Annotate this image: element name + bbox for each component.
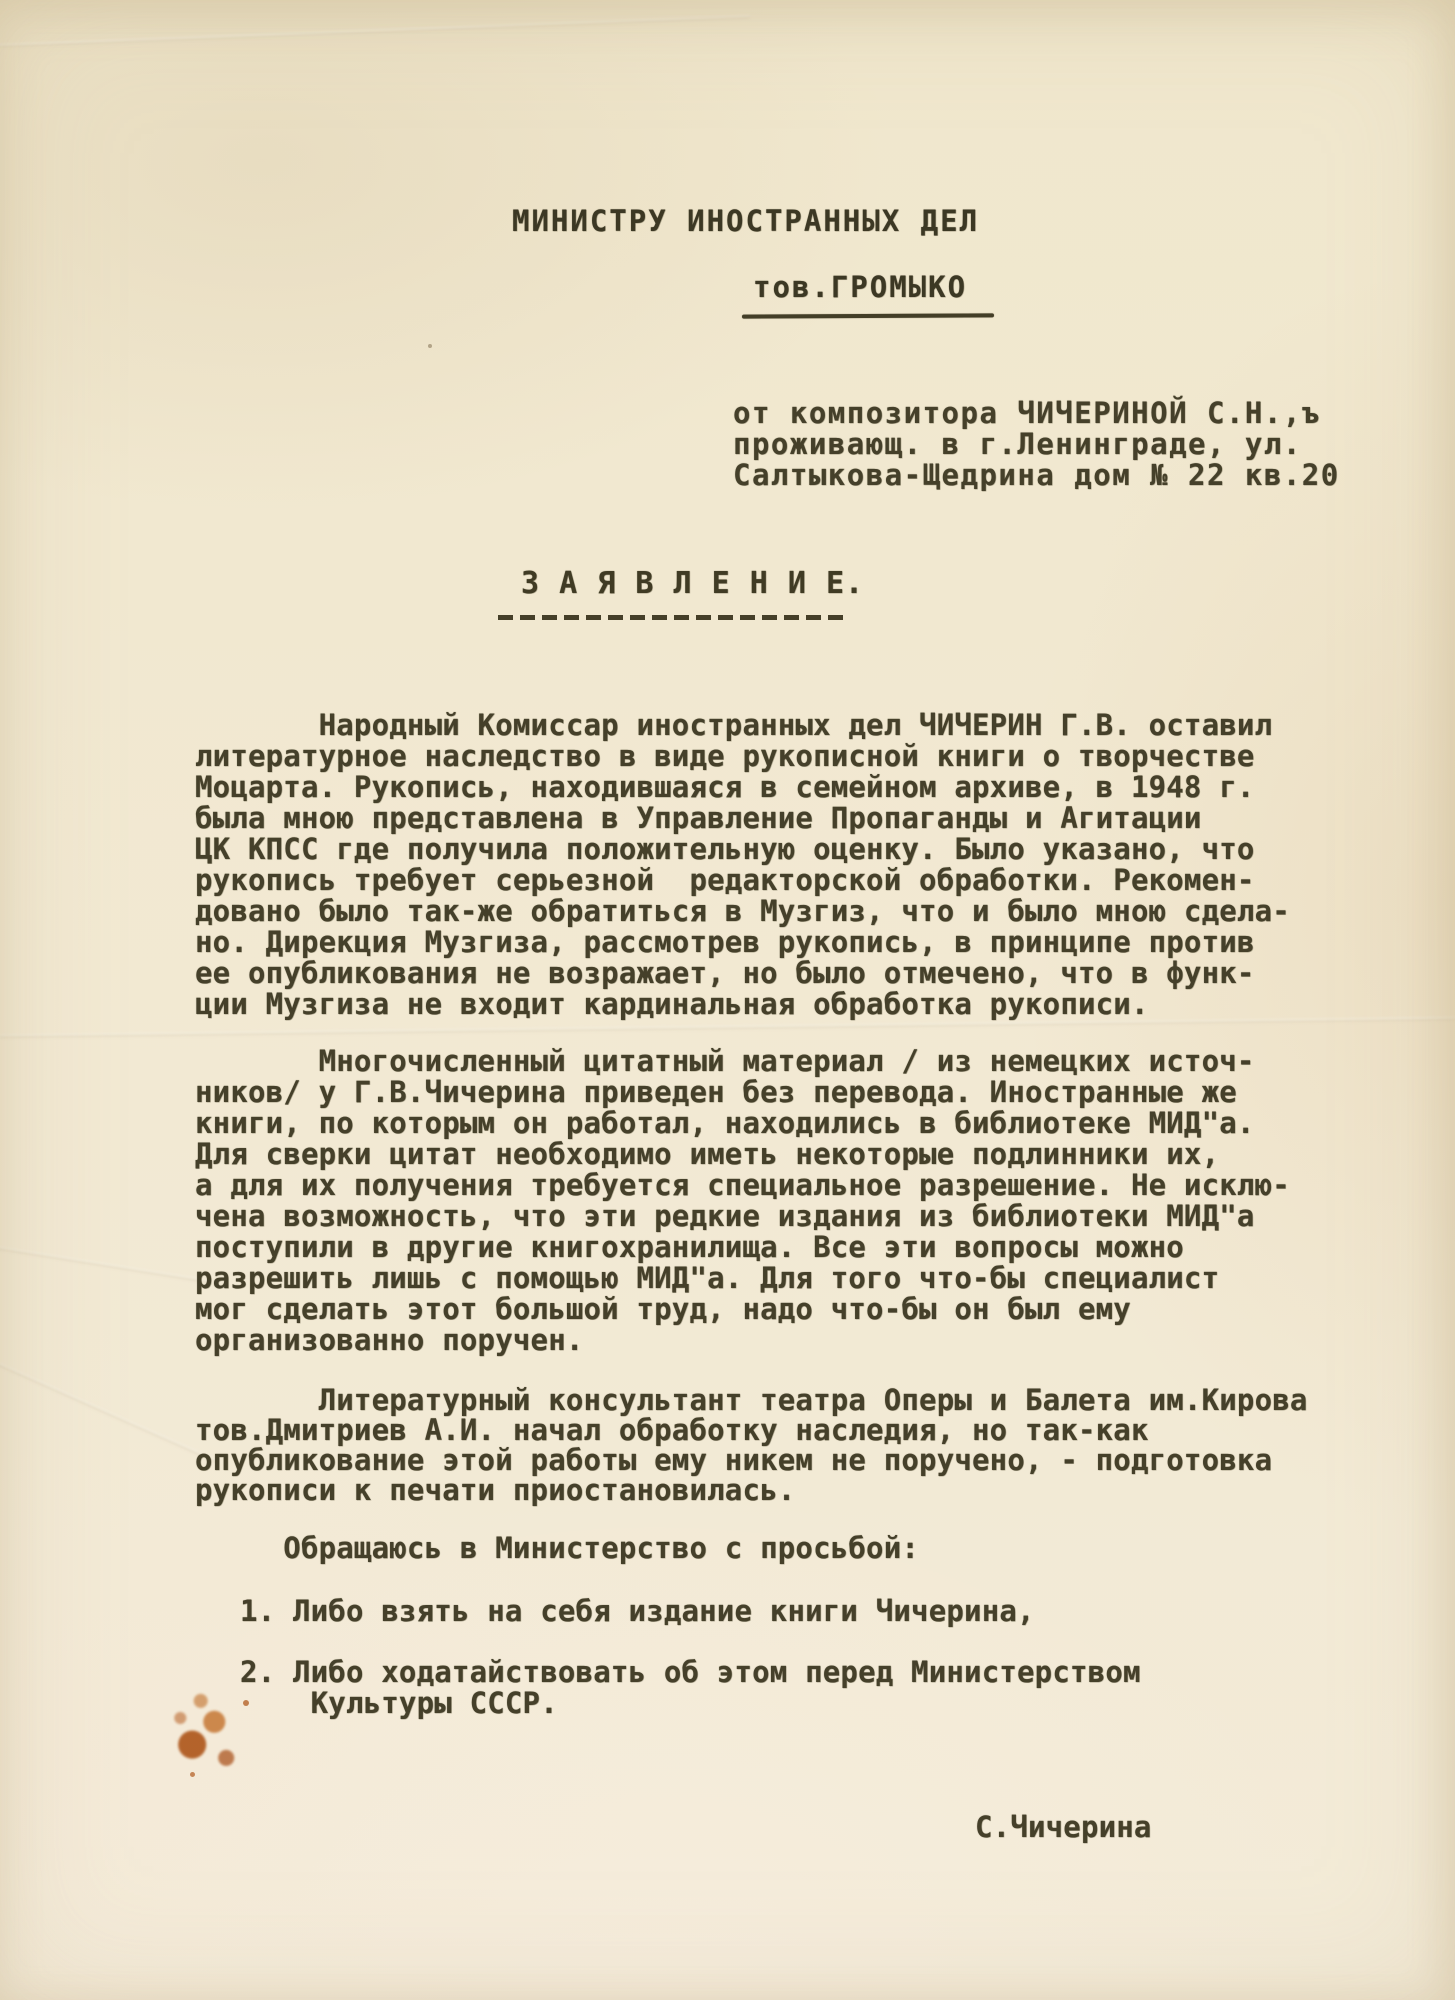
paper-background: МИНИСТРУ ИНОСТРАННЫХ ДЕЛ тов.ГРОМЫКО от … xyxy=(0,0,1455,2000)
rust-stain xyxy=(165,1680,250,1775)
crease-left-1 xyxy=(0,1244,209,1283)
text-line: литературное наследство в виде рукописно… xyxy=(195,741,1290,772)
text-line: рукопись требует серьезной редакторской … xyxy=(195,865,1290,896)
text-line: Для сверки цитат необходимо иметь некото… xyxy=(195,1139,1290,1170)
text-line: организованно поручен. xyxy=(195,1325,1290,1356)
request-intro: Обращаюсь в Министерство с просьбой: xyxy=(195,1533,919,1564)
paragraph-3: Литературный консультант театра Оперы и … xyxy=(195,1385,1308,1505)
crease-top-edge xyxy=(0,15,750,47)
recipient-underline xyxy=(742,313,994,318)
text-line: довано было так-же обратиться в Музгиз, … xyxy=(195,896,1290,927)
text-line: Народный Комиссар иностранных дел ЧИЧЕРИ… xyxy=(195,710,1290,741)
paper-speck xyxy=(428,344,432,348)
text-line: Культуры СССР. xyxy=(240,1688,1141,1719)
text-line: была мною представлена в Управление Проп… xyxy=(195,803,1290,834)
text-line: Многочисленный цитатный материал / из не… xyxy=(195,1046,1290,1077)
text-line: Салтыкова-Щедрина дом № 22 кв.20 xyxy=(733,460,1340,491)
text-line: а для их получения требуется специальное… xyxy=(195,1170,1290,1201)
text-line: от композитора ЧИЧЕРИНОЙ С.Н.,ъ xyxy=(733,398,1340,429)
text-line: рукописи к печати приостановилась. xyxy=(195,1475,1308,1505)
text-line: опубликование этой работы ему никем не п… xyxy=(195,1445,1308,1475)
text-line: поступили в другие книгохранилища. Все э… xyxy=(195,1232,1290,1263)
crease-left-2 xyxy=(0,1355,219,1463)
statement-title: З А Я В Л Е Н И Е. xyxy=(521,568,864,599)
sender-address: от композитора ЧИЧЕРИНОЙ С.Н.,ъпроживающ… xyxy=(733,398,1340,491)
text-line: ников/ у Г.В.Чичерина приведен без перев… xyxy=(195,1077,1290,1108)
text-line: мог сделать этот большой труд, надо что-… xyxy=(195,1294,1290,1325)
text-line: но. Дирекция Музгиза, рассмотрев рукопис… xyxy=(195,927,1290,958)
signature: С.Чичерина xyxy=(975,1812,1152,1843)
text-line: Литературный консультант театра Оперы и … xyxy=(195,1385,1308,1415)
paragraph-2: Многочисленный цитатный материал / из не… xyxy=(195,1046,1290,1356)
recipient-line-1: МИНИСТРУ ИНОСТРАННЫХ ДЕЛ xyxy=(512,206,979,237)
text-line: ЦК КПСС где получила положительную оценк… xyxy=(195,834,1290,865)
text-line: книги, по которым он работал, находились… xyxy=(195,1108,1290,1139)
text-line: тов.Дмитриев А.И. начал обработку наслед… xyxy=(195,1415,1308,1445)
text-line: Моцарта. Рукопись, находившаяся в семейн… xyxy=(195,772,1290,803)
scanned-letter: { "document": { "recipient": { "line1": … xyxy=(0,0,1455,2000)
text-line: чена возможность, что эти редкие издания… xyxy=(195,1201,1290,1232)
text-line: ее опубликования не возражает, но было о… xyxy=(195,958,1290,989)
request-item-2: 2. Либо ходатайствовать об этом перед Ми… xyxy=(240,1657,1141,1719)
paragraph-1: Народный Комиссар иностранных дел ЧИЧЕРИ… xyxy=(195,710,1290,1020)
title-underline xyxy=(498,615,843,620)
text-line: проживающ. в г.Ленинграде, ул. xyxy=(733,429,1340,460)
text-line: 1. Либо взять на себя издание книги Чиче… xyxy=(240,1596,1035,1627)
text-line: разрешить лишь с помощью МИД"а. Для того… xyxy=(195,1263,1290,1294)
text-line: ции Музгиза не входит кардинальная обраб… xyxy=(195,989,1290,1020)
text-line: 2. Либо ходатайствовать об этом перед Ми… xyxy=(240,1657,1141,1688)
rust-speck xyxy=(190,1772,195,1777)
recipient-line-2: тов.ГРОМЫКО xyxy=(753,272,967,303)
request-item-1: 1. Либо взять на себя издание книги Чиче… xyxy=(240,1596,1035,1627)
